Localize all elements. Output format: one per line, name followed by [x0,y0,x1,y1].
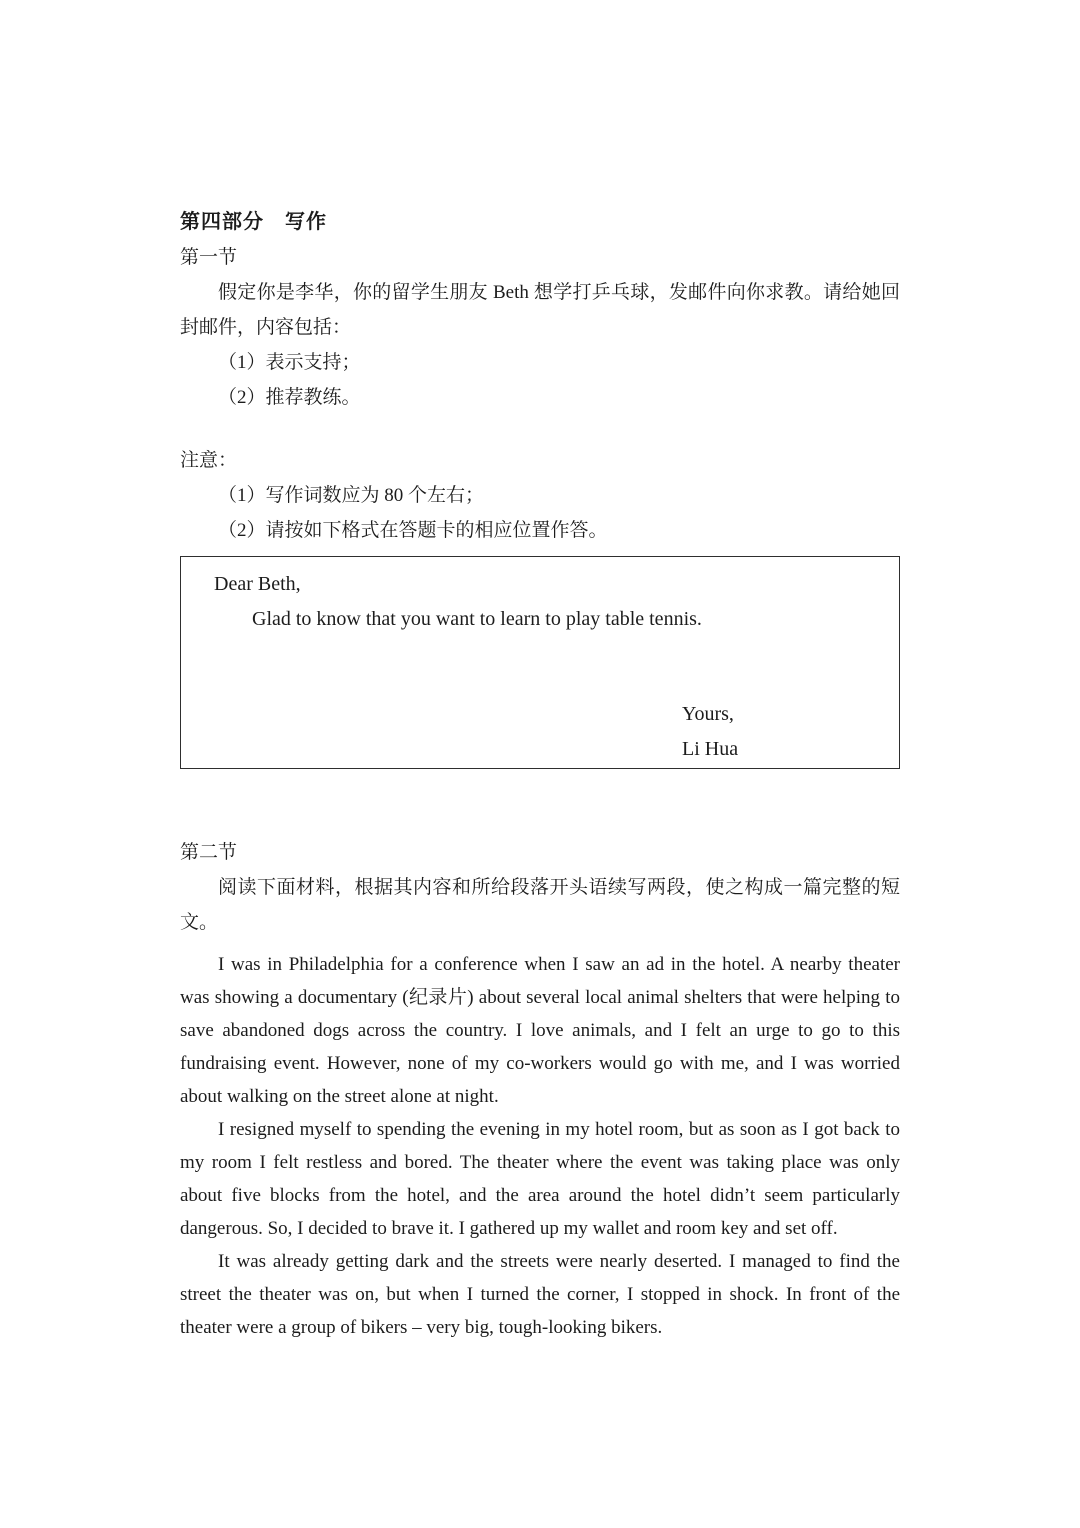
section1-title: 第一节 [180,240,900,275]
notes-label: 注意： [180,443,900,478]
section2-title: 第二节 [180,835,900,870]
section2-instruction: 阅读下面材料，根据其内容和所给段落开头语续写两段，使之构成一篇完整的短文。 [180,870,900,940]
answer-format-box: Dear Beth, Glad to know that you want to… [180,556,900,769]
letter-closing-block: Yours, Li Hua [682,697,879,767]
section1-point-1: （1）表示支持； [180,345,900,380]
material-paragraph-2: I resigned myself to spending the evenin… [180,1113,900,1245]
letter-closing: Yours, [682,697,879,732]
material-paragraph-3: It was already getting dark and the stre… [180,1245,900,1344]
letter-blank-space [214,637,879,697]
exam-page: 第四部分 写作 第一节 假定你是李华，你的留学生朋友 Beth 想学打乒乓球，发… [180,205,900,1344]
reading-material: I was in Philadelphia for a conference w… [180,948,900,1344]
letter-opening-sentence: Glad to know that you want to learn to p… [214,602,879,637]
note-2: （2）请按如下格式在答题卡的相应位置作答。 [180,513,900,548]
letter-signature: Li Hua [682,732,879,767]
note-1: （1）写作词数应为 80 个左右； [180,478,900,513]
section1-intro: 假定你是李华，你的留学生朋友 Beth 想学打乒乓球，发邮件向你求教。请给她回封… [180,275,900,345]
letter-salutation: Dear Beth, [214,567,879,602]
section1-point-2: （2）推荐教练。 [180,380,900,415]
material-paragraph-1: I was in Philadelphia for a conference w… [180,948,900,1113]
part-heading: 第四部分 写作 [180,205,900,240]
